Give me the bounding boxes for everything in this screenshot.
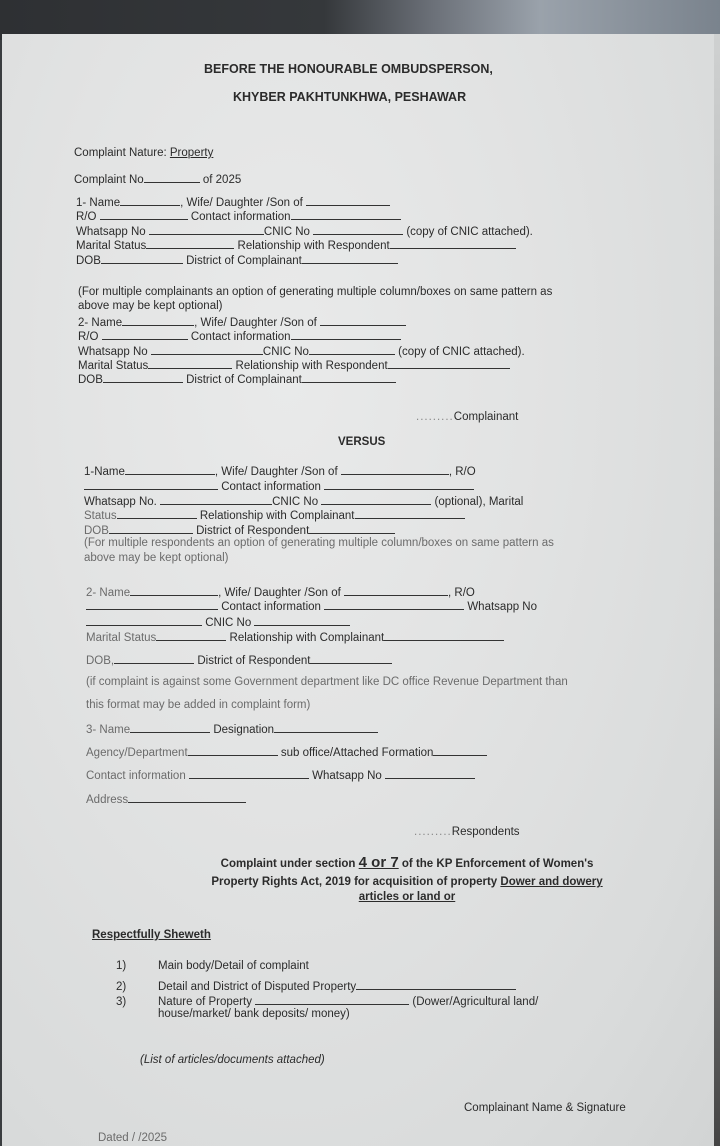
- dob-field[interactable]: [103, 372, 183, 383]
- name-field[interactable]: [130, 722, 210, 733]
- complaint-number: Complaint No of 2025: [74, 172, 241, 187]
- whatsapp-field[interactable]: [86, 615, 202, 626]
- complaint-nature: Complaint Nature: Property: [74, 147, 213, 160]
- district-field[interactable]: [310, 653, 392, 664]
- marital-field[interactable]: [156, 630, 226, 641]
- name-field[interactable]: [122, 315, 194, 326]
- dob-field[interactable]: [109, 523, 193, 534]
- dated-field[interactable]: / /2025: [132, 1132, 167, 1144]
- dob-field[interactable]: [101, 253, 183, 264]
- district-field[interactable]: [302, 372, 396, 383]
- respondents-label: .........Respondents: [414, 826, 520, 839]
- name-field[interactable]: [130, 585, 218, 596]
- section-line-2: Property Rights Act, 2019 for acquisitio…: [172, 876, 642, 889]
- multi-respondent-note-2: above may be kept optional): [84, 552, 228, 565]
- relationship-field[interactable]: [388, 358, 510, 369]
- complainant-label: .........Complainant: [416, 411, 518, 424]
- dated-row: Dated / /2025: [98, 1132, 167, 1145]
- sheweth-item-3-cont: house/market/ bank deposits/ money): [158, 1008, 350, 1021]
- parent-field[interactable]: [306, 195, 390, 206]
- whatsapp-field[interactable]: [385, 768, 475, 779]
- complaint-form-page: BEFORE THE HONOURABLE OMBUDSPERSON, KHYB…: [2, 34, 714, 1146]
- sheweth-heading: Respectfully Sheweth: [92, 929, 211, 942]
- header-line-2: KHYBER PAKHTUNKHWA, PESHAWAR: [233, 91, 466, 104]
- contact-field[interactable]: [324, 599, 464, 610]
- name-field[interactable]: [125, 464, 215, 475]
- cnic-field[interactable]: [321, 494, 431, 505]
- section-line-1: Complaint under section 4 or 7 of the KP…: [172, 856, 642, 871]
- section-value[interactable]: 4 or 7: [359, 854, 399, 871]
- parent-field[interactable]: [344, 585, 448, 596]
- address-field[interactable]: [128, 792, 246, 803]
- multi-respondent-note-1: (For multiple respondents an option of g…: [84, 537, 554, 550]
- section-line-3: articles or land or: [172, 891, 642, 904]
- marital-field[interactable]: [148, 358, 232, 369]
- multi-complainant-note-2: above may be kept optional): [78, 300, 222, 313]
- cnic-field[interactable]: [313, 224, 403, 235]
- govt-note-2: this format may be added in complaint fo…: [86, 699, 310, 712]
- ro-field[interactable]: [86, 599, 218, 610]
- sub-office-field[interactable]: [433, 745, 487, 756]
- contact-field[interactable]: [291, 209, 401, 220]
- sheweth-item-1: 1)Main body/Detail of complaint: [116, 960, 309, 973]
- multi-complainant-note-1: (For multiple complainants an option of …: [78, 286, 552, 299]
- sheweth-item-3: 3)Nature of Property (Dower/Agricultural…: [116, 994, 538, 1009]
- whatsapp-field[interactable]: [160, 494, 272, 505]
- versus-heading: VERSUS: [338, 436, 385, 449]
- contact-field[interactable]: [324, 479, 474, 490]
- sheweth-item-2: 2)Detail and District of Disputed Proper…: [116, 979, 516, 994]
- relationship-field[interactable]: [390, 238, 516, 249]
- marital-field[interactable]: [117, 508, 197, 519]
- ro-field[interactable]: [100, 209, 188, 220]
- parent-field[interactable]: [341, 464, 449, 475]
- attachments-note: (List of articles/documents attached): [140, 1054, 325, 1067]
- contact-field[interactable]: [291, 329, 401, 340]
- designation-field[interactable]: [274, 722, 378, 733]
- district-field[interactable]: [302, 253, 398, 264]
- nature-of-property-field[interactable]: [255, 994, 409, 1005]
- relationship-field[interactable]: [384, 630, 504, 641]
- property-value[interactable]: Dower and dowery: [500, 876, 602, 888]
- complaint-number-field[interactable]: [144, 172, 200, 183]
- contact-field[interactable]: [189, 768, 309, 779]
- whatsapp-field[interactable]: [149, 224, 264, 235]
- cnic-field[interactable]: [309, 344, 395, 355]
- disputed-property-field[interactable]: [356, 979, 516, 990]
- name-field[interactable]: [120, 195, 180, 206]
- header-line-1: BEFORE THE HONOURABLE OMBUDSPERSON,: [204, 63, 493, 76]
- agency-field[interactable]: [188, 745, 278, 756]
- district-field[interactable]: [309, 523, 395, 534]
- signature-label: Complainant Name & Signature: [464, 1102, 626, 1115]
- page-edge-shadow: [714, 34, 720, 1146]
- govt-note-1: (if complaint is against some Government…: [86, 676, 568, 689]
- marital-field[interactable]: [146, 238, 234, 249]
- dob-field[interactable]: [114, 653, 194, 664]
- complaint-nature-value[interactable]: Property: [170, 147, 213, 159]
- whatsapp-field[interactable]: [151, 344, 263, 355]
- ro-field[interactable]: [102, 329, 188, 340]
- cnic-field[interactable]: [254, 615, 350, 626]
- parent-field[interactable]: [320, 315, 406, 326]
- relationship-field[interactable]: [355, 508, 465, 519]
- ro-field[interactable]: [84, 479, 218, 490]
